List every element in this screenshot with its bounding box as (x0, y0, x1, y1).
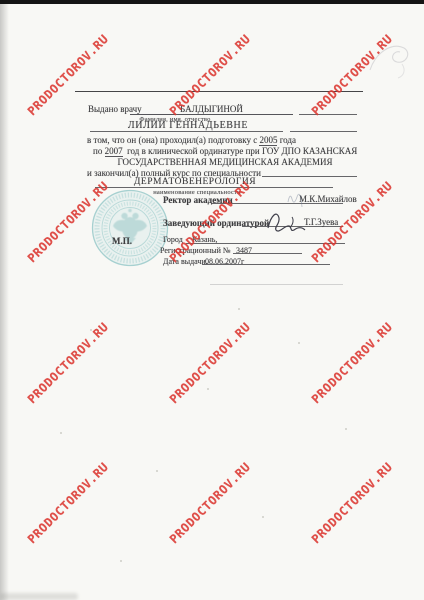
rector-signature (288, 194, 302, 207)
year-to-value: 2007 (105, 146, 123, 157)
scan-edge-left (0, 0, 9, 600)
residency-line-pre: по (93, 146, 102, 156)
blank-line (299, 114, 357, 115)
surname-value: БАЛДЫГИНОЙ (130, 104, 293, 115)
blank-line (90, 131, 283, 132)
faint-line (210, 284, 343, 285)
head-signature (268, 214, 305, 231)
registration-number: 3487 (236, 246, 252, 256)
training-line: в том, что он (она) проходил(а) подготов… (87, 135, 296, 145)
given-names-value: ЛИЛИИ ГЕННАДЬЕВНЕ (90, 121, 286, 131)
year-from-value: 2005 (259, 135, 277, 146)
blank-line (233, 253, 302, 254)
residency-line: по 2007 год в клинической ординатуре при… (93, 146, 357, 156)
scan-smudge (0, 593, 78, 600)
blank-line (202, 264, 330, 265)
academy-name: ГОСУДАРСТВЕННАЯ МЕДИЦИНСКАЯ АКАДЕМИЯ (87, 157, 363, 167)
header-rule (75, 91, 363, 92)
scan-edge-top (0, 0, 424, 4)
seal-placeholder-label: М.П. (112, 236, 132, 246)
residency-line-post: год в клинической ординатуре при ГОУ ДПО… (127, 146, 357, 156)
blank-line (290, 131, 357, 132)
scanned-certificate: Выдано врачу БАЛДЫГИНОЙ Фамилия, имя, от… (0, 0, 424, 600)
training-line-pre: в том, что он (она) проходил(а) подготов… (87, 135, 257, 145)
head-signature-stroke (290, 217, 293, 227)
training-line-post: года (280, 135, 296, 145)
issue-date-value: 08.06.2007г (205, 257, 244, 267)
